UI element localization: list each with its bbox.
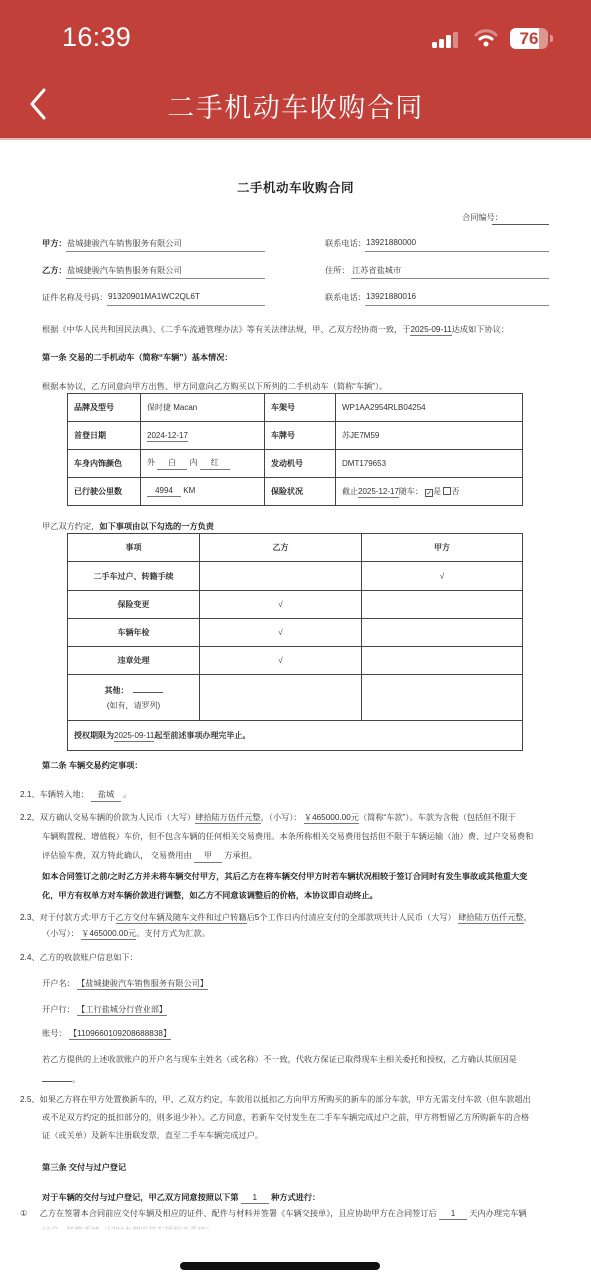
payment-uppercase: 肆拾陆万伍仟元整 [458, 913, 524, 924]
checkmark: √ [362, 562, 523, 591]
header-item: 事项 [68, 534, 200, 562]
article-1-intro: 根据本协议，乙方同意向甲方出售、甲方同意向乙方购买以下所列的二手机动车（简称“车… [42, 381, 387, 392]
section-2-2-bold-line-2: 化，甲方有权单方对车辆价款进行调整，如乙方不同意该调整后的价格，本协议即自动终止… [42, 890, 378, 901]
brand-label: 品牌及型号 [68, 394, 141, 422]
checkmark [362, 591, 523, 619]
table-row: 保险变更 √ [68, 591, 523, 619]
authorization-date: 2025-09-11 [114, 731, 154, 742]
contract-no-label: 合同编号： [462, 212, 503, 223]
section-2-3-line-2: （小写）： ￥465000.00元。支付方式为汇款。 [42, 928, 210, 939]
table-row: 违章处理 √ [68, 647, 523, 675]
checkmark [362, 619, 523, 647]
battery-tip [550, 35, 553, 42]
plate-label: 车牌号 [265, 422, 336, 450]
other-field[interactable] [133, 692, 163, 693]
insurance-label: 保险状况 [265, 478, 336, 506]
bank-row: 开户行： 【工行盐城分行营业部】 [42, 1004, 167, 1015]
party-b-underline [66, 278, 265, 279]
article-1-title: 第一条 交易的二手机动车（简称“车辆”）基本情况： [42, 352, 233, 363]
page-title: 二手机动车收购合同 [0, 86, 591, 125]
table-row: 车辆年检 √ [68, 619, 523, 647]
article-3-title: 第三条 交付与过户登记 [42, 1162, 126, 1173]
document-title: 二手机动车收购合同 [0, 178, 591, 196]
wifi-icon [474, 28, 498, 48]
party-a-value: 盐城捷骏汽车销售服务有限公司 [67, 238, 182, 249]
payment-condition: 乙方交付车辆及随车文件和过户转籍 [116, 913, 247, 924]
table-row-other: 其他： (如有，请罗列) [68, 675, 523, 721]
payment-numeric: ￥465000.00元 [81, 929, 136, 940]
delivery-method-number: 1 [241, 1193, 269, 1204]
address-underline [351, 278, 549, 279]
mileage-unit: KM [183, 486, 195, 495]
engine-value: DMT179653 [336, 450, 523, 478]
bank-value: 【工行盐城分行营业部】 [77, 1005, 167, 1016]
section-2-5-line-3: 证（或关单）及新车注册联发票，直至二手车车辆完成过户。 [42, 1130, 263, 1141]
party-a-underline [66, 251, 265, 252]
reg-date-value: 2024-12-17 [147, 431, 188, 442]
mileage-value: 4994 [147, 486, 181, 497]
other-hint: (如有，请罗列) [68, 698, 199, 713]
checkmark [362, 647, 523, 675]
interior-color-value: 红 [200, 457, 230, 470]
section-2-2-bold-line-1: 如本合同签订之前/之时乙方并未将车辆交付甲方，其后乙方在将车辆交付甲方时若车辆状… [42, 871, 527, 882]
id-value: 91320901MA1WC2QL6T [108, 292, 200, 301]
home-indicator[interactable] [180, 1262, 380, 1270]
party-b-phone-underline [365, 305, 549, 306]
contract-no-field[interactable] [492, 224, 549, 225]
battery-icon: 76 [510, 28, 548, 49]
party-b-phone-value: 13921880016 [366, 292, 416, 301]
checkmark: √ [200, 647, 362, 675]
mileage-label: 已行驶公里数 [68, 478, 141, 506]
header-party-b: 乙方 [200, 534, 362, 562]
party-a-label: 甲方： [42, 238, 67, 249]
agreement-date: 2025-09-11 [410, 325, 451, 336]
section-2-4: 2.4、乙方的收款账户信息如下： [20, 952, 138, 963]
color-label: 车身内饰颜色 [68, 450, 141, 478]
table-row: 二手车过户、转籍手续 √ [68, 562, 523, 591]
duties-table: 事项 乙方 甲方 二手车过户、转籍手续 √ 保险变更 √ 车辆年检 √ 违章处理… [67, 533, 523, 751]
exterior-color-value: 白 [157, 457, 187, 470]
section-2-5-line-2: 或不足双方约定的抵扣部分的，则多退少补）。乙方同意，若新车交付发生在二手车车辆完… [42, 1112, 529, 1123]
price-uppercase: 肆拾陆万伍仟元整 [195, 813, 261, 824]
engine-label: 发动机号 [265, 450, 336, 478]
article-3-option-1: ① 乙方在签署本合同前应交付车辆及相应的证件、配件与材料并签署《车辆交接单》，且… [20, 1208, 527, 1220]
vehicle-info-table: 品牌及型号 保时捷 Macan 车架号 WP1AA2954RLB04254 首登… [67, 393, 523, 506]
account-name-row: 开户名： 【盐城捷骏汽车销售服务有限公司】 [42, 978, 208, 989]
checkmark: √ [200, 591, 362, 619]
section-2-4-note: 若乙方提供的上述收款账户的开户名与现车主姓名（或名称）不一致，代收方保证已取得现… [42, 1054, 517, 1065]
cellular-signal-icon [432, 32, 460, 48]
section-2-5-line-1: 2.5、如果乙方将在甲方处置换新车的，甲、乙双方约定，车款用以抵扣乙方向甲方所购… [20, 1094, 531, 1105]
section-2-2-line-3: 评估验车费，双方特此确认， 交易费用由 甲 方承担。 [42, 850, 257, 863]
bottom-safe-area [0, 1230, 591, 1280]
checkmark [200, 562, 362, 591]
party-b-value: 盐城捷骏汽车销售服务有限公司 [67, 265, 182, 276]
address-value: 江苏省盐城市 [352, 265, 401, 276]
transfer-days: 1 [439, 1209, 467, 1220]
price-numeric: ￥465000.00元 [304, 813, 359, 824]
article-3-intro: 对于车辆的交付与过户登记，甲乙双方同意按照以下第 1 种方式进行： [42, 1192, 320, 1204]
id-label: 证件名称及号码： [42, 292, 108, 303]
battery-level: 76 [510, 28, 548, 49]
account-no-row: 账号： 【1109660109208688838】 [42, 1028, 171, 1039]
section-2-2-line-2: 车辆购置税、增值税）车价，但不包含车辆的任何相关交易费用。本条所称相关交易费用包… [42, 831, 533, 842]
duties-intro: 甲乙双方约定，如下事项由以下勾选的一方负责 [42, 521, 214, 532]
party-a-phone-value: 13921880000 [366, 238, 416, 247]
authorization-period: 授权期限为2025-09-11起至前述事项办理完毕止。 [68, 721, 523, 751]
contract-document[interactable]: 二手机动车收购合同 合同编号： 甲方： 盐城捷骏汽车销售服务有限公司 联系电话：… [0, 140, 591, 1280]
reason-field[interactable] [42, 1081, 72, 1082]
other-label: 其他： [105, 686, 129, 695]
app-bar: 16:39 76 二手机动车收购合同 [0, 0, 591, 138]
header-party-a: 甲方 [362, 534, 523, 562]
section-2-1: 2.1、车辆转入地： 盐城 。 [20, 789, 131, 802]
party-b-label: 乙方： [42, 265, 67, 276]
fee-bearer: 甲 [194, 850, 222, 863]
preamble: 根据《中华人民共和国民法典》、《二手车流通管理办法》等有关法律法规，甲、乙双方经… [42, 324, 509, 335]
brand-value: 保时捷 Macan [141, 394, 265, 422]
id-underline [107, 305, 265, 306]
plate-value: 苏JE7M59 [336, 422, 523, 450]
vin-label: 车架号 [265, 394, 336, 422]
party-a-phone-label: 联系电话： [325, 238, 366, 249]
party-a-phone-underline [365, 251, 549, 252]
section-2-3-line-1: 2.3、对于付款方式:甲方于乙方交付车辆及随车文件和过户转籍后5个工作日内付清应… [20, 912, 532, 923]
section-2-4-reason: 。 [42, 1074, 80, 1085]
insurance-date: 2025-12-17 [358, 487, 399, 498]
status-time: 16:39 [62, 22, 131, 53]
party-b-phone-label: 联系电话： [325, 292, 366, 303]
section-2-2-line-1: 2.2、双方确认交易车辆的价款为人民币（大写）肆拾陆万伍仟元整，（小写）： ￥4… [20, 812, 516, 823]
address-label: 住所： [325, 265, 350, 276]
vin-value: WP1AA2954RLB04254 [336, 394, 523, 422]
reg-date-label: 首登日期 [68, 422, 141, 450]
transfer-destination: 盐城 [91, 789, 121, 802]
checkbox-checked-icon[interactable]: ✓ [425, 489, 433, 497]
account-name-value: 【盐城捷骏汽车销售服务有限公司】 [77, 979, 208, 990]
account-no-value: 【1109660109208688838】 [69, 1029, 171, 1040]
checkmark: √ [200, 619, 362, 647]
article-2-title: 第二条 车辆交易约定事项： [42, 760, 143, 771]
